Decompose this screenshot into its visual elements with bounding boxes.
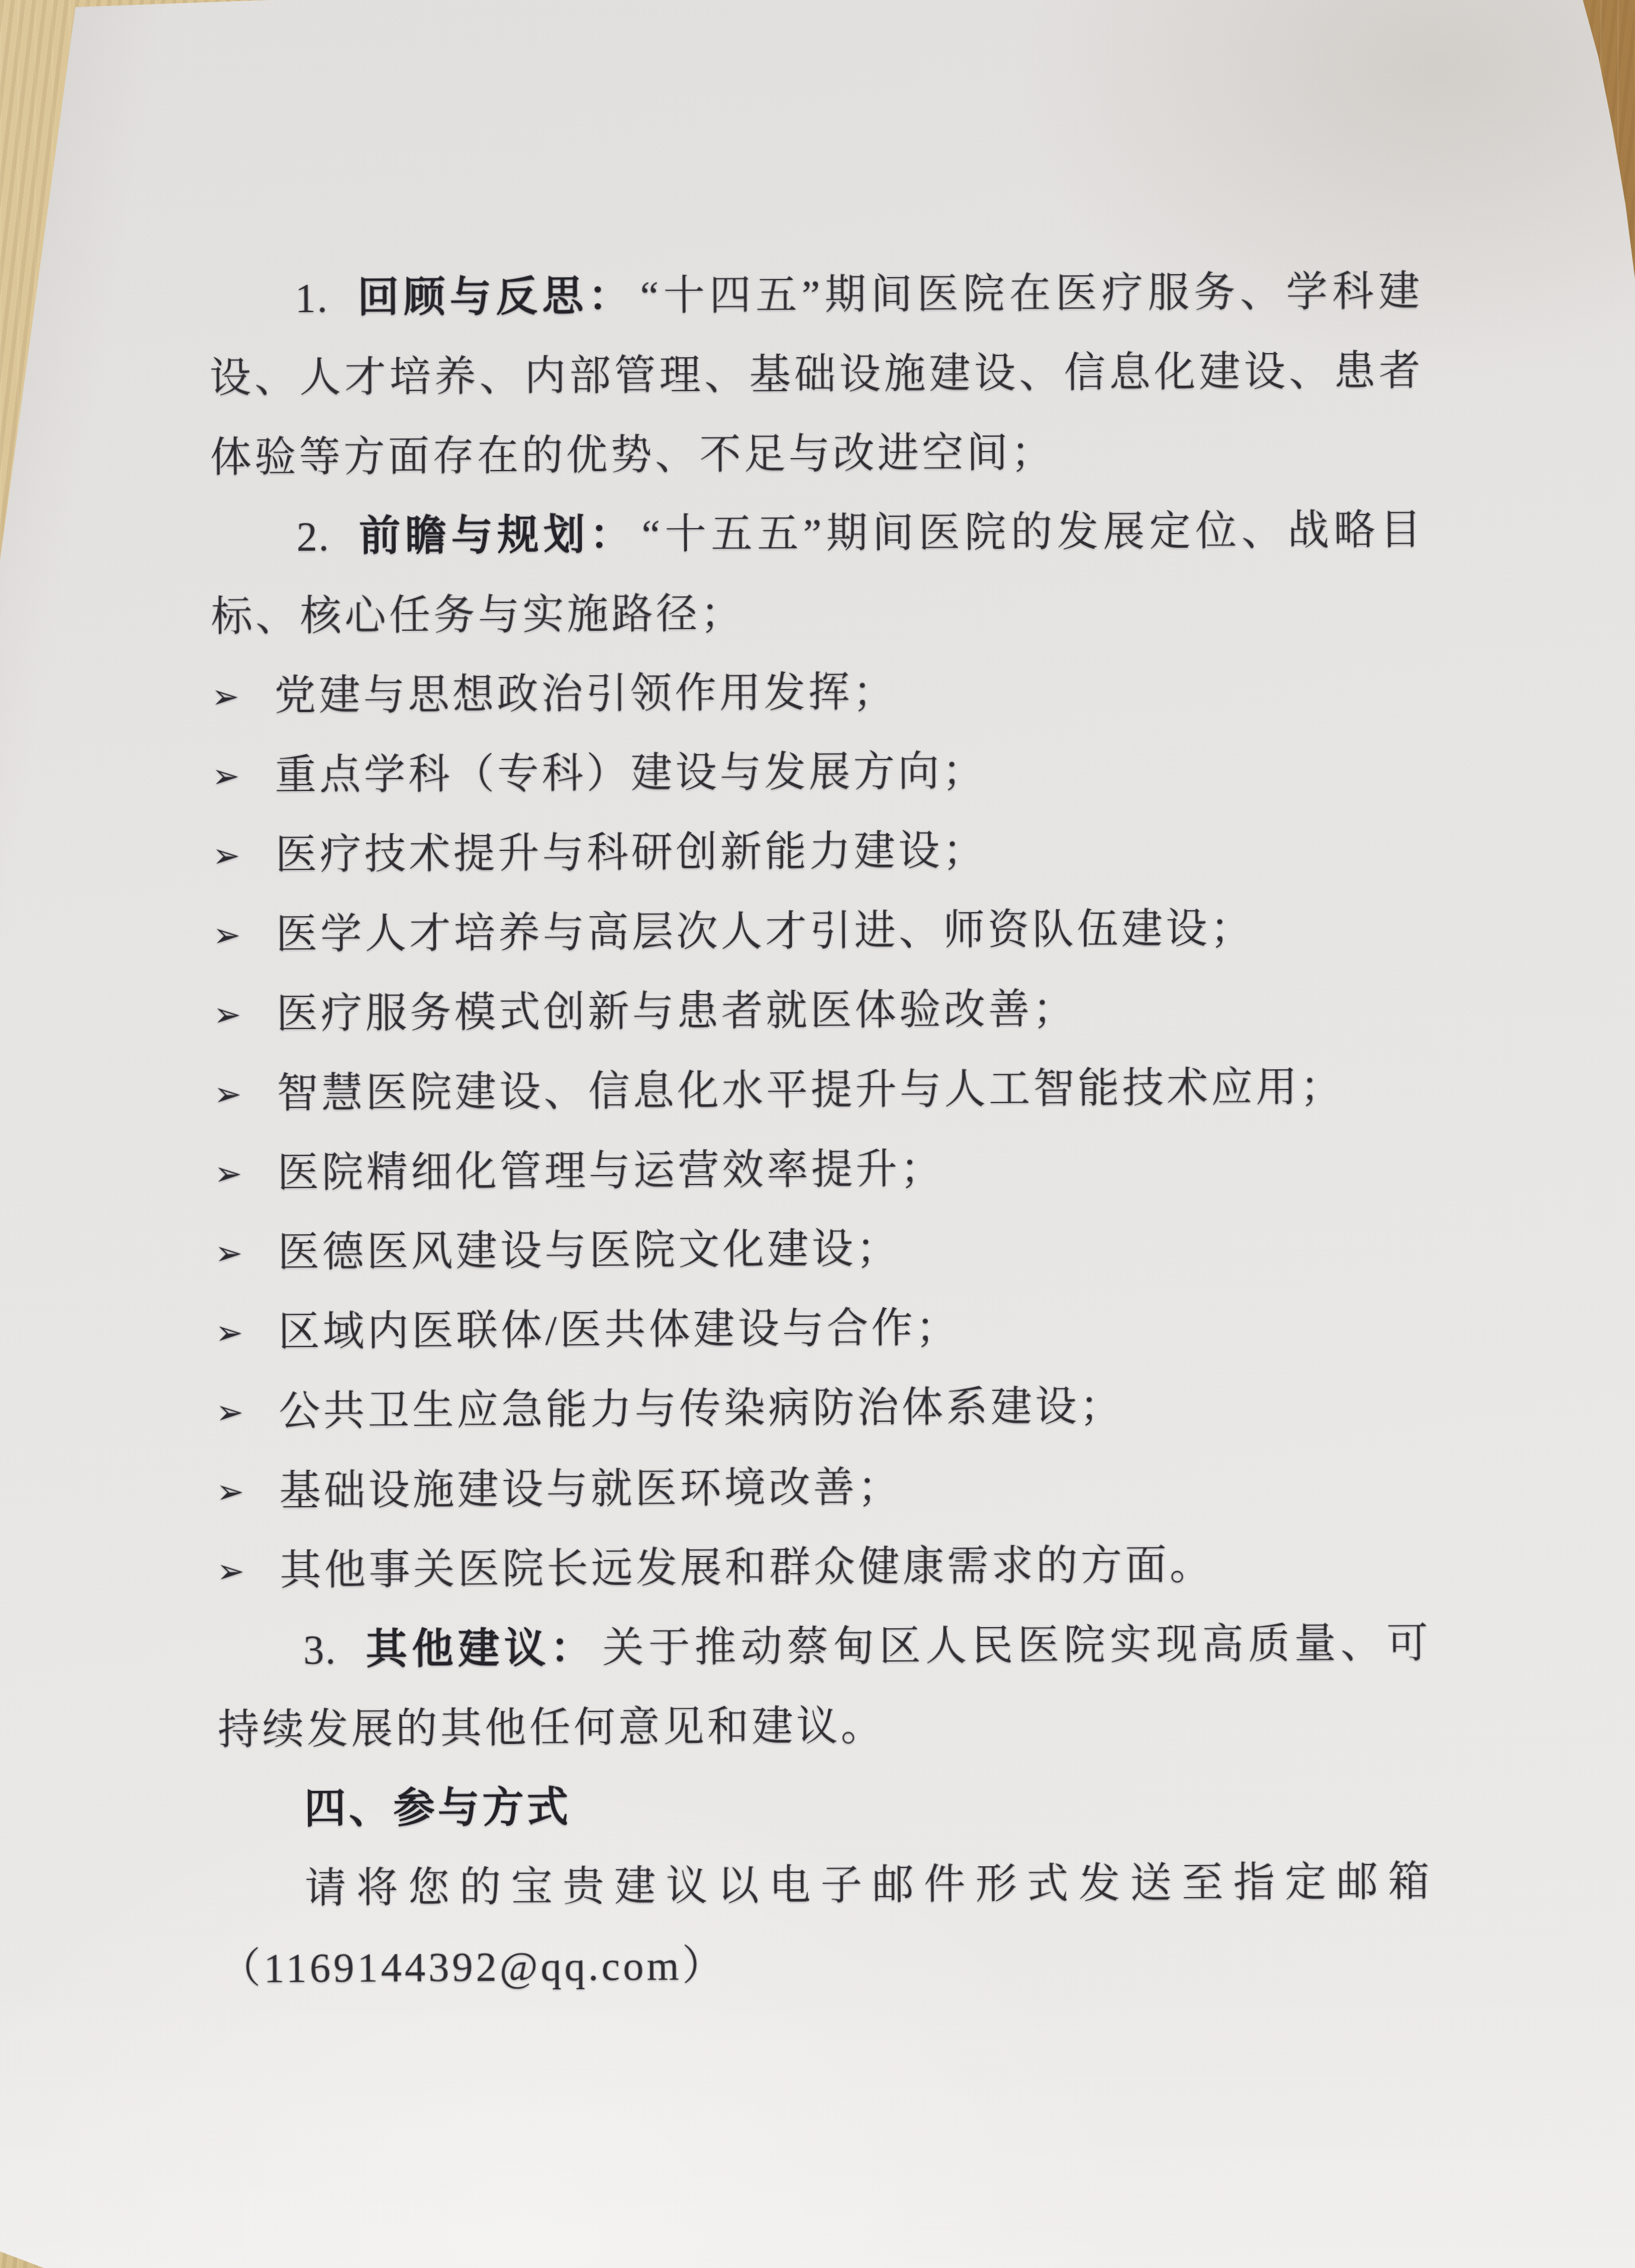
bullet-item: ➢ 基础设施建设与就医环境改善； — [216, 1445, 1430, 1532]
bullet-text: 智慧医院建设、信息化水平提升与人工智能技术应用； — [276, 1047, 1428, 1134]
arrow-bullet-icon: ➢ — [213, 895, 276, 976]
photo-background: 1.回顾与反思：“十四五”期间医院在医疗服务、学科建设、人才培养、内部管理、基础… — [0, 0, 1635, 2268]
bullet-list: ➢ 党建与思想政治引领作用发挥； ➢ 重点学科（专科）建设与发展方向； ➢ 医疗… — [211, 650, 1431, 1611]
paragraph-number: 3. — [303, 1628, 337, 1673]
paragraph-label: 回顾与反思： — [356, 274, 635, 322]
paragraph-number: 1. — [295, 276, 329, 322]
bullet-item: ➢ 医德医风建设与医院文化建设； — [215, 1206, 1429, 1293]
arrow-bullet-icon: ➢ — [215, 1293, 279, 1373]
paper-sheet: 1.回顾与反思：“十四五”期间医院在医疗服务、学科建设、人才培养、内部管理、基础… — [0, 0, 1635, 2268]
arrow-bullet-icon: ➢ — [214, 1134, 278, 1214]
paragraph-label: 前瞻与规划： — [357, 513, 636, 560]
bullet-item: ➢ 智慧医院建设、信息化水平提升与人工智能技术应用； — [214, 1047, 1428, 1134]
document-body: 1.回顾与反思：“十四五”期间医院在医疗服务、学科建设、人才培养、内部管理、基础… — [209, 253, 1433, 2009]
numbered-paragraph-2: 2.前瞻与规划：“十五五”期间医院的发展定位、战略目标、核心任务与实施路径； — [210, 491, 1425, 657]
bullet-item: ➢ 医疗服务模式创新与患者就医体验改善； — [213, 968, 1427, 1054]
bullet-text: 医德医风建设与医院文化建设； — [278, 1206, 1429, 1293]
bullet-text: 党建与思想政治引领作用发挥； — [274, 650, 1426, 736]
arrow-bullet-icon: ➢ — [213, 975, 276, 1055]
arrow-bullet-icon: ➢ — [215, 1214, 278, 1294]
bullet-text: 医院精细化管理与运营效率提升； — [277, 1127, 1429, 1214]
arrow-bullet-icon: ➢ — [216, 1452, 279, 1532]
arrow-bullet-icon: ➢ — [217, 1532, 280, 1612]
bullet-item: ➢ 其他事关医院长远发展和群众健康需求的方面。 — [217, 1524, 1431, 1611]
arrow-bullet-icon: ➢ — [212, 816, 276, 896]
section-heading: 四、参与方式 — [218, 1763, 1433, 1850]
bullet-text: 医疗服务模式创新与患者就医体验改善； — [276, 968, 1427, 1054]
bullet-item: ➢ 公共卫生应急能力与传染病防治体系建设； — [215, 1365, 1430, 1452]
bullet-item: ➢ 党建与思想政治引领作用发挥； — [211, 650, 1426, 736]
bullet-item: ➢ 医疗技术提升与科研创新能力建设； — [212, 809, 1427, 895]
closing-paragraph: 请将您的宝贵建议以电子邮件形式发送至指定邮箱（1169144392@qq.com… — [218, 1843, 1433, 2009]
bullet-text: 区域内医联体/医共体建设与合作； — [278, 1286, 1430, 1373]
bullet-text: 基础设施建设与就医环境改善； — [279, 1445, 1430, 1532]
bullet-text: 医疗技术提升与科研创新能力建设； — [275, 809, 1427, 895]
paragraph-label: 其他建议： — [364, 1626, 597, 1673]
paragraph-number: 2. — [297, 514, 330, 560]
bullet-item: ➢ 区域内医联体/医共体建设与合作； — [215, 1286, 1430, 1373]
bullet-item: ➢ 医院精细化管理与运营效率提升； — [214, 1127, 1429, 1214]
arrow-bullet-icon: ➢ — [214, 1054, 277, 1135]
bullet-item: ➢ 医学人才培养与高层次人才引进、师资队伍建设； — [213, 888, 1427, 975]
bullet-text: 其他事关医院长远发展和群众健康需求的方面。 — [279, 1524, 1431, 1611]
numbered-paragraph-1: 1.回顾与反思：“十四五”期间医院在医疗服务、学科建设、人才培养、内部管理、基础… — [209, 253, 1424, 498]
bullet-text: 公共卫生应急能力与传染病防治体系建设； — [278, 1365, 1430, 1452]
bullet-item: ➢ 重点学科（专科）建设与发展方向； — [212, 729, 1426, 816]
bullet-text: 医学人才培养与高层次人才引进、师资队伍建设； — [276, 888, 1427, 975]
numbered-paragraph-3: 3.其他建议：关于推动蔡甸区人民医院实现高质量、可持续发展的其他任何意见和建议。 — [217, 1604, 1432, 1770]
arrow-bullet-icon: ➢ — [215, 1373, 279, 1453]
bullet-text: 重点学科（专科）建设与发展方向； — [275, 729, 1426, 816]
arrow-bullet-icon: ➢ — [212, 736, 275, 817]
arrow-bullet-icon: ➢ — [211, 657, 275, 737]
